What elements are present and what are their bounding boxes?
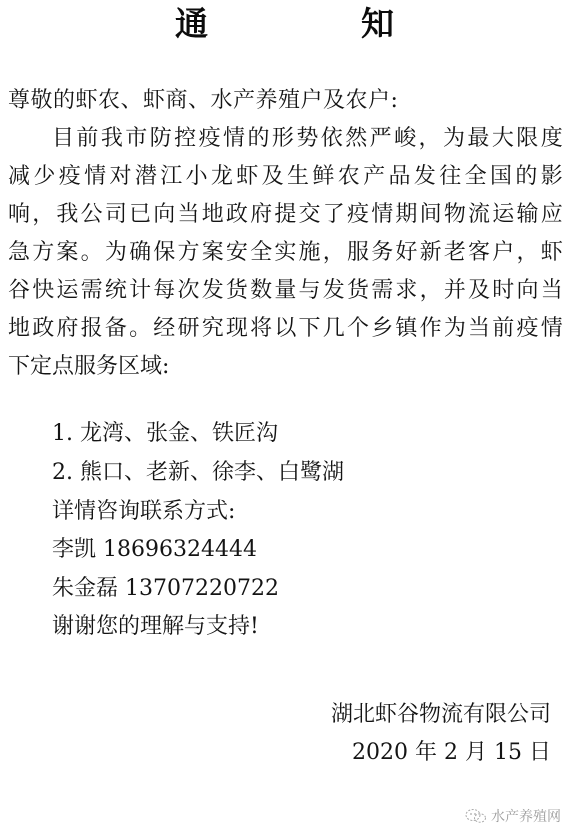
contact-line: 朱金磊 13707220722 <box>52 574 279 604</box>
body-line: 目前我市防控疫情的形势依然严峻，为最大限度 <box>52 124 563 154</box>
wechat-icon <box>465 808 487 824</box>
body-line: 急方案。为确保方案安全实施，服务好新老客户，虾 <box>8 238 563 268</box>
body-line: 响，我公司已向当地政府提交了疫情期间物流运输应 <box>8 200 563 230</box>
document-title: 通 知 <box>0 2 569 46</box>
closing-text: 谢谢您的理解与支持! <box>52 612 259 642</box>
service-area-item: 2. 熊口、老新、徐李、白鹭湖 <box>52 458 344 488</box>
contact-heading: 详情咨询联系方式: <box>52 497 235 527</box>
body-line: 谷快运需统计每次发货数量与发货需求，并及时向当 <box>8 276 563 306</box>
salutation: 尊敬的虾农、虾商、水产养殖户及农户: <box>8 86 398 116</box>
watermark-text: 水产养殖网 <box>491 806 561 826</box>
contact-line: 李凯 18696324444 <box>52 535 257 565</box>
body-line: 减少疫情对潜江小龙虾及生鲜农产品发往全国的影 <box>8 162 563 192</box>
body-line: 地政府报备。经研究现将以下几个乡镇作为当前疫情 <box>8 314 563 344</box>
date: 2020 年 2 月 15 日 <box>352 738 551 768</box>
service-area-item: 1. 龙湾、张金、铁匠沟 <box>52 419 278 449</box>
body-line: 下定点服务区域: <box>8 352 169 382</box>
watermark: 水产养殖网 <box>465 806 561 826</box>
signature: 湖北虾谷物流有限公司 <box>331 700 551 730</box>
